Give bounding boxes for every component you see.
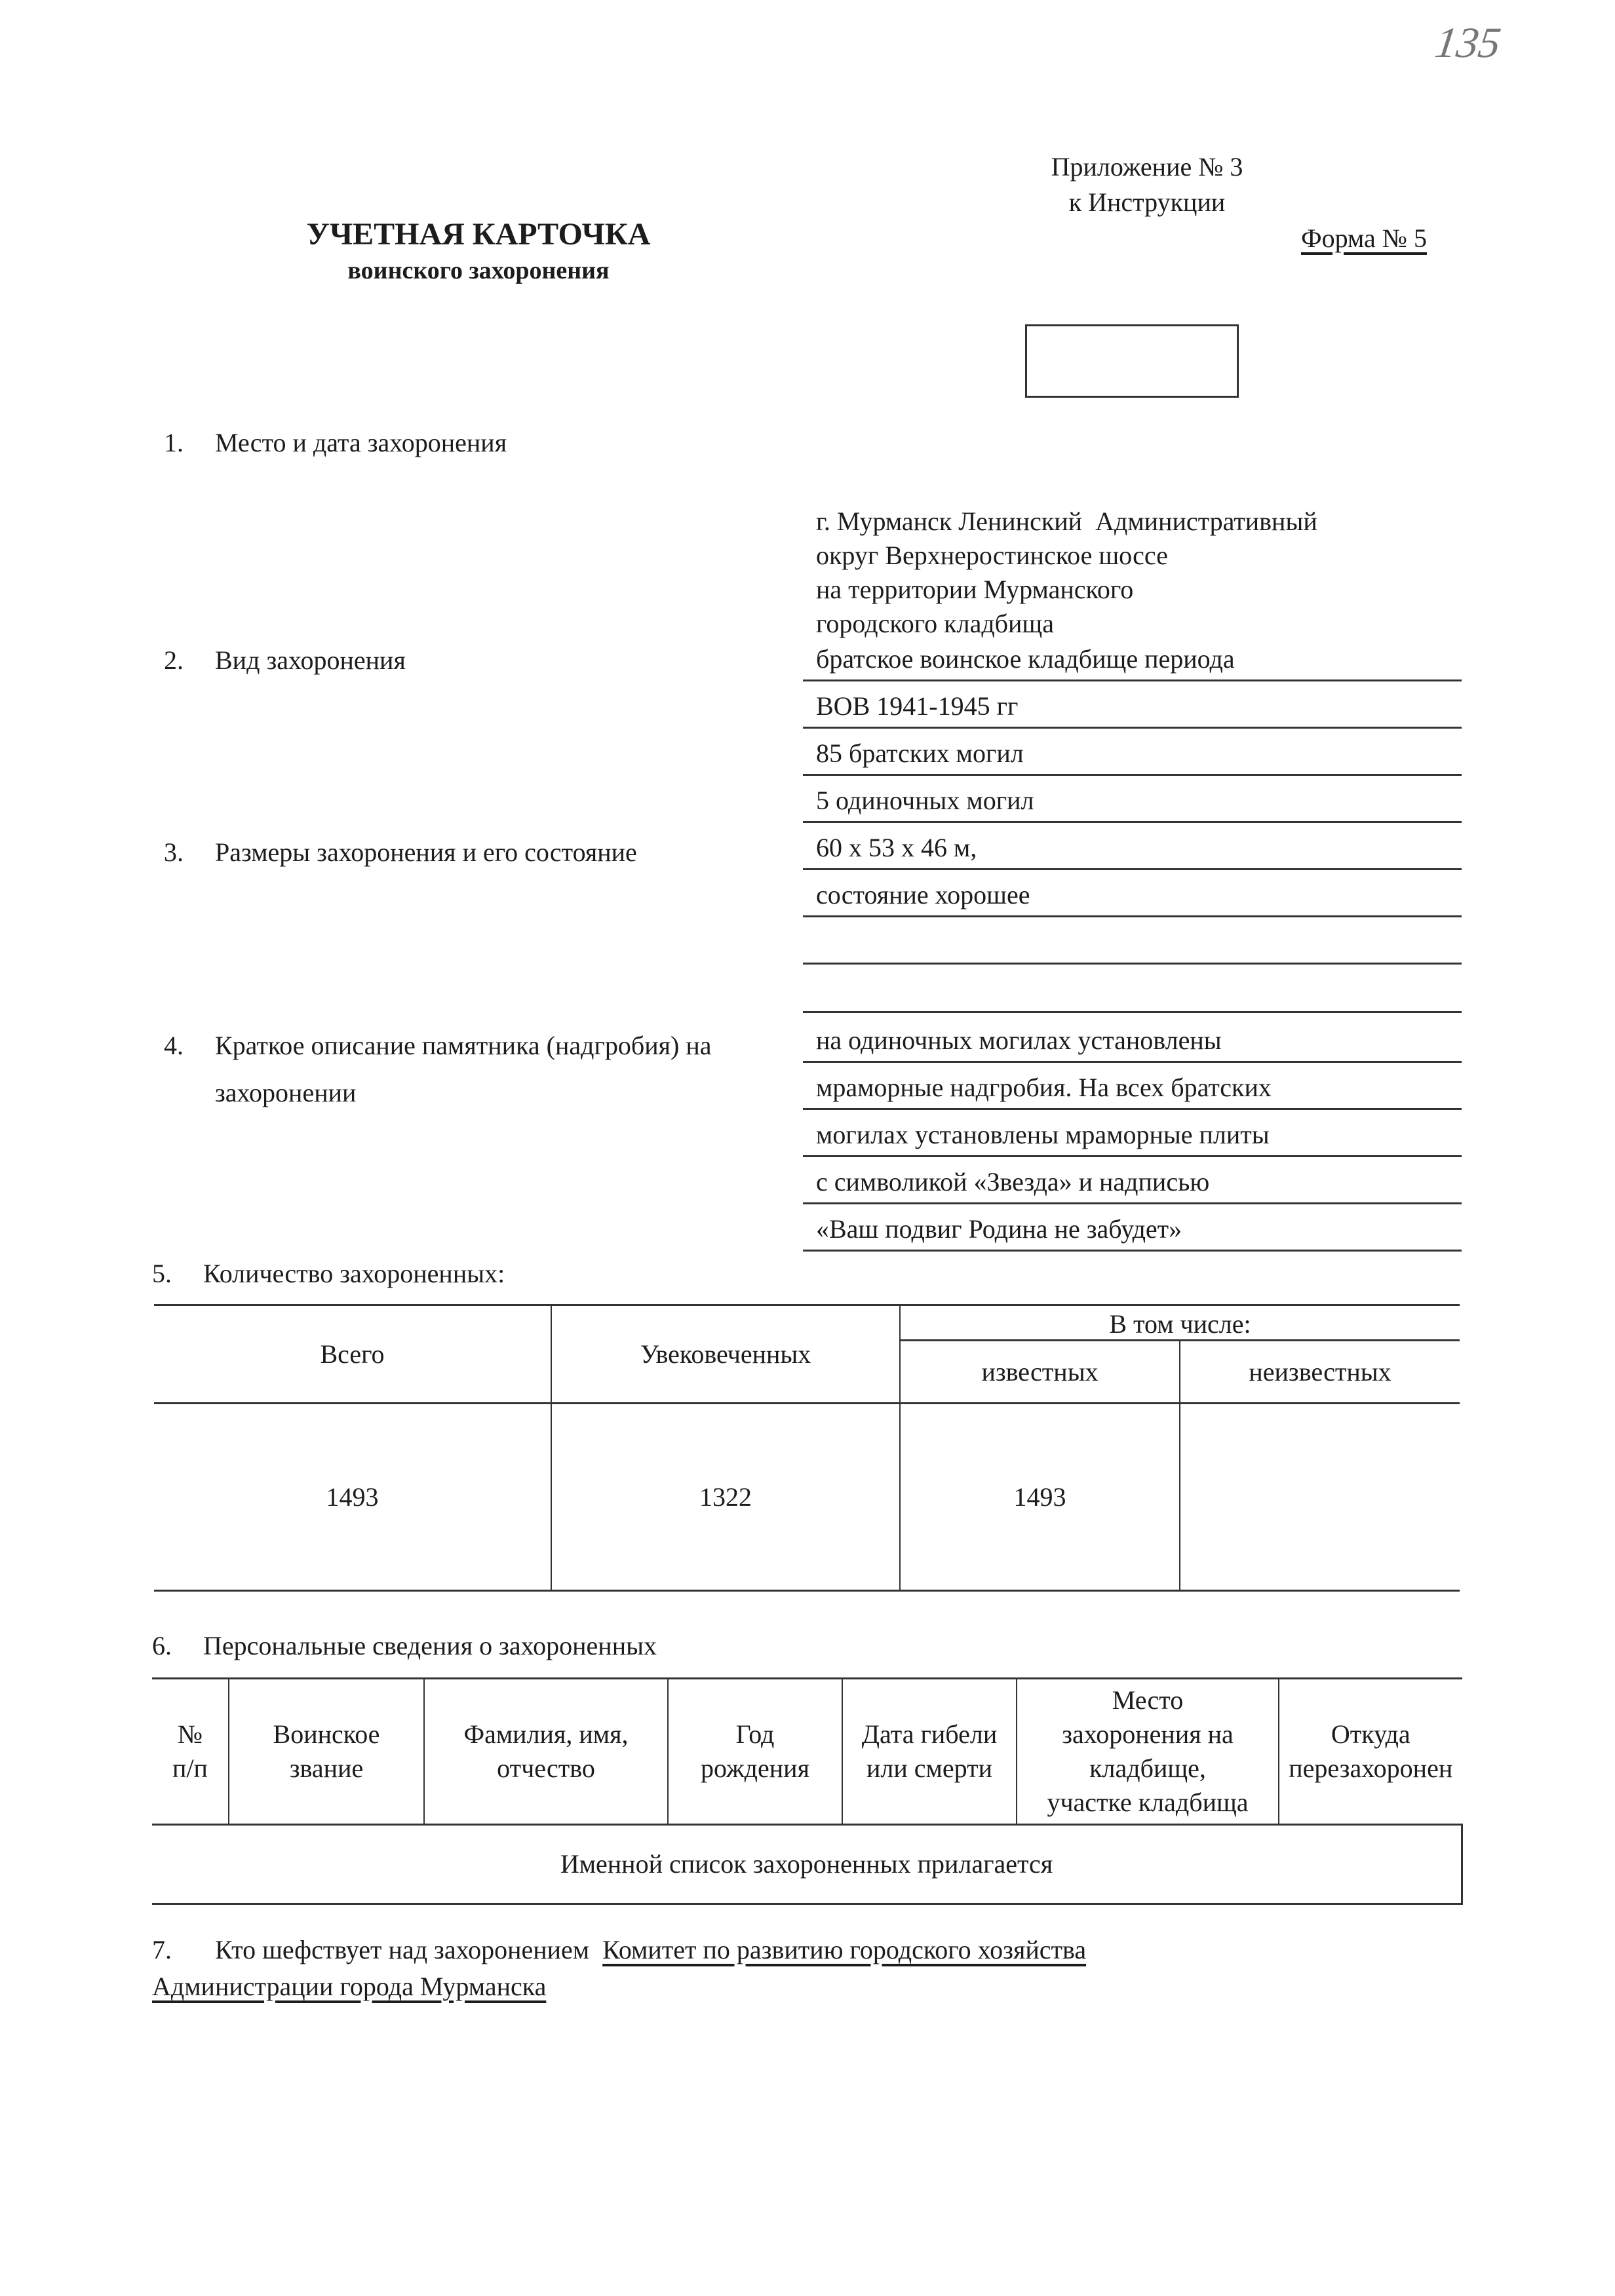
- size-condition-line-4[interactable]: [803, 974, 1462, 1013]
- patron-value-line-1: Комитет по развитию городского хозяйства: [602, 1935, 1086, 1964]
- size-condition-line-3[interactable]: [803, 925, 1462, 965]
- col-rank: Воинское звание: [229, 1679, 424, 1825]
- title-sub: воинского захоронения: [249, 254, 708, 287]
- monument-desc-line-3[interactable]: могилах установлены мраморные плиты: [803, 1118, 1462, 1157]
- size-condition-line-1[interactable]: 60 х 53 х 46 м,: [803, 831, 1462, 870]
- col-death-date: Дата гибели или смерти: [842, 1679, 1017, 1825]
- monument-desc-line-1[interactable]: на одиночных могилах установлены: [803, 1024, 1462, 1063]
- registration-number-box[interactable]: [1025, 324, 1239, 398]
- document-title: УЧЕТНАЯ КАРТОЧКА воинского захоронения: [249, 215, 708, 287]
- section-2-label: 2.Вид захоронения: [164, 643, 406, 678]
- burial-count-table: Всего Увековеченных В том числе: известн…: [154, 1304, 1460, 1592]
- size-condition-line-2[interactable]: состояние хорошее: [803, 878, 1462, 917]
- section-7-label: 7.Кто шефствует над захоронением Комитет…: [152, 1933, 1086, 1967]
- value-total: 1493: [154, 1404, 551, 1591]
- section-1-label: 1.Место и дата захоронения: [164, 426, 507, 460]
- title-main: УЧЕТНАЯ КАРТОЧКА: [249, 215, 708, 254]
- value-unknown: [1180, 1404, 1460, 1591]
- form-number: Форма № 5: [1301, 223, 1427, 254]
- header-immortalized: Увековеченных: [551, 1305, 900, 1404]
- section-3-label: 3.Размеры захоронения и его состояние: [164, 835, 637, 870]
- appendix-line-2: к Инструкции: [1022, 185, 1272, 220]
- value-immortalized: 1322: [551, 1404, 900, 1591]
- col-reburied-from: Откуда перезахоронен: [1279, 1679, 1462, 1825]
- attached-list-note: Именной список захороненных прилагается: [152, 1825, 1462, 1904]
- burial-location-value: г. Мурманск Ленинский Административный о…: [816, 505, 1317, 641]
- section-6-label: 6.Персональные сведения о захороненных: [152, 1629, 657, 1663]
- appendix-line-1: Приложение № 3: [1022, 149, 1272, 185]
- monument-desc-line-4[interactable]: с символикой «Звезда» и надписью: [803, 1165, 1462, 1204]
- monument-desc-line-2[interactable]: мраморные надгробия. На всех братских: [803, 1071, 1462, 1110]
- section-4-label: 4.Краткое описание памятника (надгробия)…: [164, 1029, 712, 1063]
- appendix-reference: Приложение № 3 к Инструкции: [1022, 149, 1272, 220]
- section-4-label-cont: захоронении: [215, 1076, 356, 1110]
- personal-info-table: № п/п Воинское звание Фамилия, имя, отче…: [152, 1677, 1463, 1905]
- header-total: Всего: [154, 1305, 551, 1404]
- col-number: № п/п: [152, 1679, 229, 1825]
- monument-desc-line-5[interactable]: «Ваш подвиг Родина не забудет»: [803, 1212, 1462, 1252]
- header-unknown: неизвестных: [1180, 1341, 1460, 1404]
- col-burial-place: Место захоронения на кладбище, участке к…: [1017, 1679, 1279, 1825]
- col-birth-year: Год рождения: [668, 1679, 842, 1825]
- table-row: 1493 1322 1493: [154, 1404, 1460, 1591]
- col-full-name: Фамилия, имя, отчество: [424, 1679, 668, 1825]
- burial-type-line-3[interactable]: 85 братских могил: [803, 737, 1462, 776]
- burial-type-line-4[interactable]: 5 одиночных могил: [803, 784, 1462, 823]
- burial-type-line-2[interactable]: ВОВ 1941-1945 гг: [803, 689, 1462, 729]
- header-known: известных: [900, 1341, 1180, 1404]
- table-row: Именной список захороненных прилагается: [152, 1825, 1462, 1904]
- burial-type-line-1[interactable]: братское воинское кладбище периода: [803, 642, 1462, 681]
- header-including: В том числе:: [900, 1305, 1460, 1341]
- section-5-label: 5.Количество захороненных:: [152, 1257, 505, 1291]
- handwritten-page-number: 135: [1432, 18, 1504, 68]
- value-known: 1493: [900, 1404, 1180, 1591]
- patron-value-line-2: Администрации города Мурманска: [152, 1970, 546, 2004]
